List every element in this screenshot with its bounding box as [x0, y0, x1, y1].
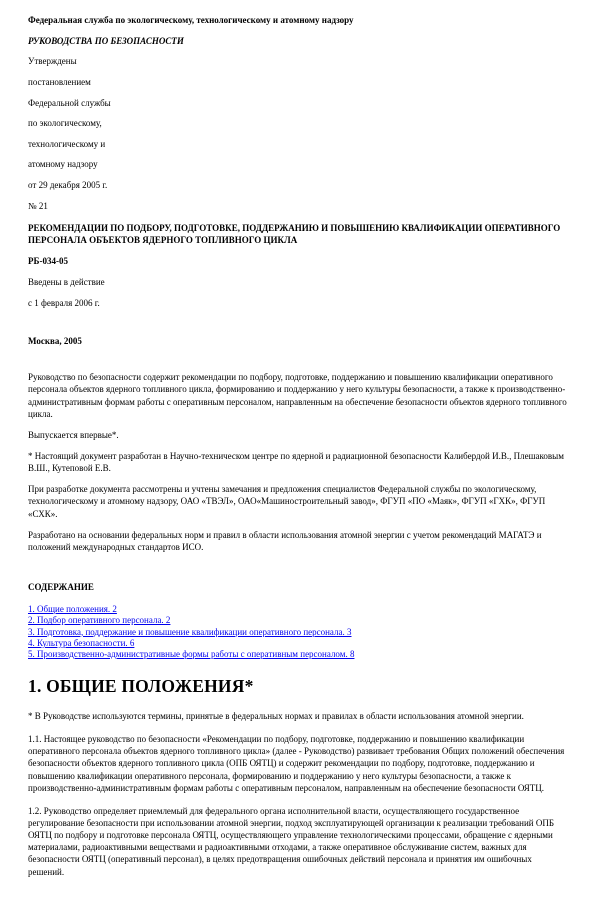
approval-line: по экологическому,: [28, 117, 567, 129]
table-of-contents: 1. Общие положения. 2 2. Подбор оператив…: [28, 604, 567, 660]
approval-line: Федеральной службы: [28, 97, 567, 109]
issuer-line: Федеральная служба по экологическому, те…: [28, 14, 567, 26]
toc-link-general-provisions[interactable]: 1. Общие положения. 2: [28, 604, 567, 615]
section1-heading: 1. ОБЩИЕ ПОЛОЖЕНИЯ*: [28, 675, 567, 699]
toc-link-training-qualification[interactable]: 3. Подготовка, поддержание и повышение к…: [28, 627, 567, 638]
terms-footnote: * В Руководстве используются термины, пр…: [28, 710, 567, 722]
toc-link-safety-culture[interactable]: 4. Культура безопасности. 6: [28, 638, 567, 649]
effective-line: Введены в действие: [28, 276, 567, 288]
developers-footnote: * Настоящий документ разработан в Научно…: [28, 450, 567, 474]
approval-date-line: от 29 декабря 2005 г.: [28, 179, 567, 191]
approval-number-line: № 21: [28, 200, 567, 212]
paragraph-1-1: 1.1. Настоящее руководство по безопаснос…: [28, 733, 567, 794]
toc-heading: СОДЕРЖАНИЕ: [28, 581, 567, 593]
series-line: РУКОВОДСТВА ПО БЕЗОПАСНОСТИ: [28, 35, 567, 47]
basis-note: Разработано на основании федеральных нор…: [28, 529, 567, 553]
review-note: При разработке документа рассмотрены и у…: [28, 483, 567, 519]
document-title: РЕКОМЕНДАЦИИ ПО ПОДБОРУ, ПОДГОТОВКЕ, ПОД…: [28, 222, 567, 246]
approval-line: постановлением: [28, 76, 567, 88]
city-year-line: Москва, 2005: [28, 335, 567, 347]
approval-line: атомному надзору: [28, 158, 567, 170]
approval-line: технологическому и: [28, 138, 567, 150]
document-page: Федеральная служба по экологическому, те…: [0, 0, 595, 909]
toc-link-personnel-selection[interactable]: 2. Подбор оперативного персонала. 2: [28, 615, 567, 626]
effective-date-line: с 1 февраля 2006 г.: [28, 297, 567, 309]
paragraph-1-2: 1.2. Руководство определяет приемлемый д…: [28, 805, 567, 878]
abstract-paragraph: Руководство по безопасности содержит рек…: [28, 371, 567, 420]
toc-link-admin-forms[interactable]: 5. Производственно-административные форм…: [28, 649, 567, 660]
first-issue-line: Выпускается впервые*.: [28, 429, 567, 441]
document-code: РБ-034-05: [28, 255, 567, 267]
approval-line: Утверждены: [28, 55, 567, 67]
